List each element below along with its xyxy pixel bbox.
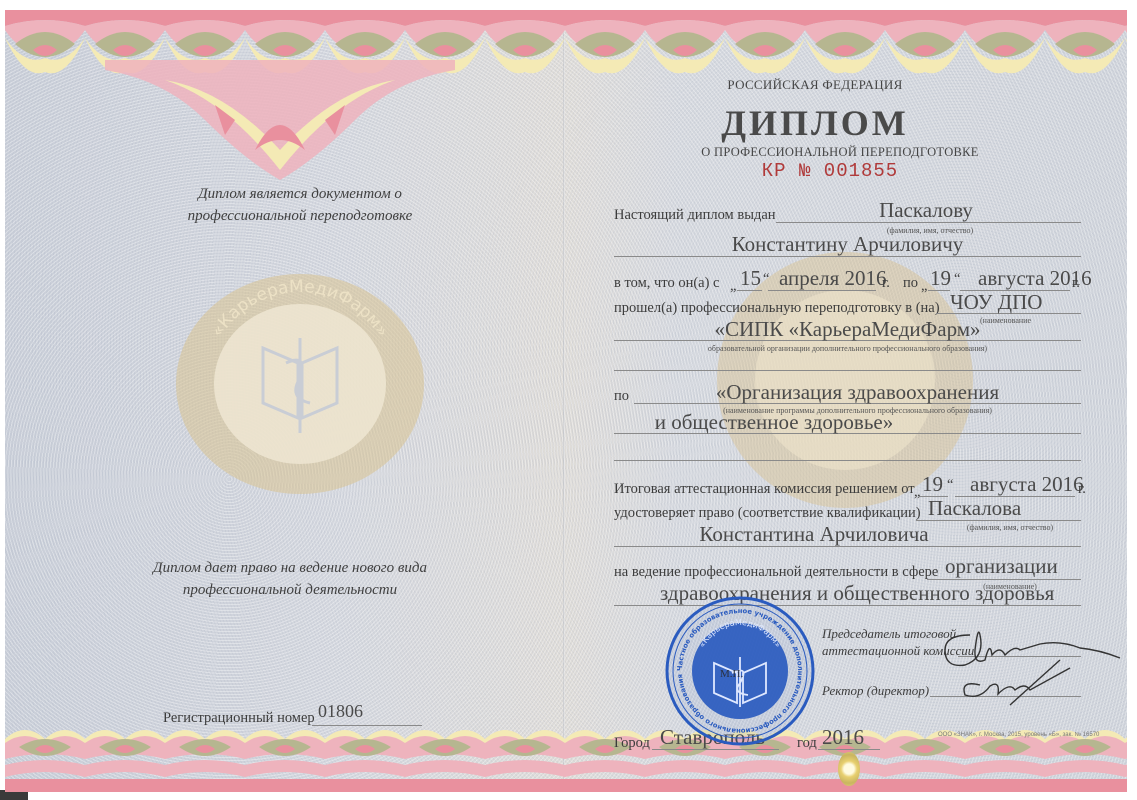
year-suffix-2: г.: [1072, 275, 1080, 292]
cert-name: Константина Арчиловича: [614, 522, 1014, 547]
country-heading: РОССИЙСКАЯ ФЕДЕРАЦИЯ: [700, 77, 930, 93]
left-intro-line-2: профессиональной переподготовке: [150, 205, 450, 227]
cert-surname: Паскалова: [928, 496, 1021, 521]
program-line-1-text: «Организация здравоохранения: [634, 380, 1081, 405]
program-line-2-text: и общественное здоровье»: [614, 410, 934, 435]
quote-open-3: „: [914, 484, 920, 501]
issued-name: Константину Арчиловичу: [614, 232, 1081, 257]
quote-open-2: „: [921, 278, 927, 295]
left-top-crest-ornament: [105, 60, 455, 180]
quote-close-3: “: [947, 477, 953, 494]
to-day: 19: [930, 266, 951, 291]
from-day: 15: [740, 266, 761, 291]
signatures: [930, 620, 1130, 710]
quote-open: „: [730, 278, 736, 295]
certifies-label: удостоверяет право (соответствие квалифи…: [614, 505, 921, 522]
year-value: 2016: [822, 725, 864, 750]
field-label: на ведение профессиональной деятельности…: [614, 564, 938, 581]
from-month-year: апреля 2016: [779, 266, 887, 291]
city-label: Город: [614, 735, 650, 752]
org-line-1-text: ЧОУ ДПО: [950, 290, 1042, 315]
serial-number: КР № 001855: [750, 160, 910, 182]
year-suffix-1: г.: [882, 275, 890, 292]
issued-label: Настоящий диплом выдан: [614, 207, 776, 224]
program-label: по: [614, 388, 629, 405]
field-line-1: [927, 579, 1081, 580]
mp-mark: М.П.: [720, 668, 743, 680]
org-line-2-text: «СИПК «КарьераМедиФарм»: [614, 317, 1081, 342]
reg-number-line: [312, 725, 422, 726]
rector-label: Ректор (директор): [822, 683, 929, 699]
program-line-3: [614, 460, 1081, 461]
left-rights-line-2: профессиональной деятельности: [130, 579, 450, 601]
commission-day: 19: [922, 472, 943, 497]
period-prefix: в том, что он(а) с: [614, 275, 720, 292]
diploma-title: ДИПЛОМ: [700, 102, 930, 144]
left-rights-text: Диплом дает право на ведение нового вида…: [130, 557, 450, 601]
page-fold: [563, 10, 565, 792]
field-line-1-text: организации: [945, 554, 1058, 579]
left-intro-line-1: Диплом является документом о: [150, 183, 450, 205]
left-intro-text: Диплом является документом о профессиона…: [150, 183, 450, 227]
issued-surname: Паскалову: [776, 198, 1076, 223]
org-line-3: [614, 370, 1081, 371]
diploma-subtitle: О ПРОФЕССИОНАЛЬНОЙ ПЕРЕПОДГОТОВКЕ: [690, 145, 990, 160]
quote-close: “: [763, 271, 769, 288]
left-watermark-seal: «КарьераМедиФарм»: [168, 268, 432, 500]
official-stamp: Частное образовательное учреждение допол…: [664, 595, 816, 747]
hologram-sticker: [838, 752, 860, 786]
commission-month-year: августа 2016: [970, 472, 1084, 497]
year-suffix-3: г.: [1078, 481, 1086, 498]
reg-number-value: 01806: [318, 701, 363, 722]
passed-label: прошел(а) профессиональную переподготовк…: [614, 300, 940, 317]
org-hint: образовательной организации дополнительн…: [614, 344, 1081, 353]
printer-note: ООО «ЗНАК», г. Москва, 2015, уровень «Б»…: [938, 732, 1099, 738]
quote-close-2: “: [954, 271, 960, 288]
left-rights-line-1: Диплом дает право на ведение нового вида: [130, 557, 450, 579]
commission-label: Итоговая аттестационная комиссия решение…: [614, 481, 915, 498]
to-label: по: [903, 275, 918, 292]
reg-number-label: Регистрационный номер: [163, 710, 315, 727]
